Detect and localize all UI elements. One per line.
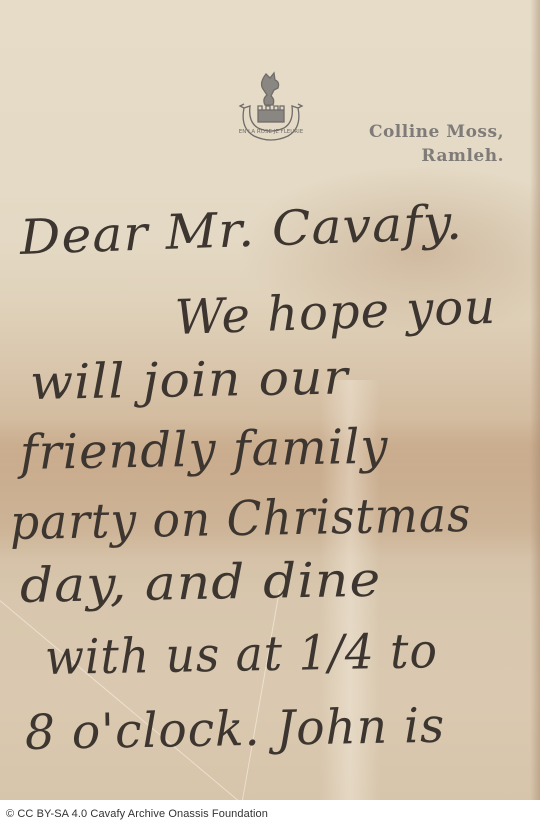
body-line: 8 o'clock. John is <box>25 698 446 761</box>
body-line: friendly family <box>20 419 389 481</box>
document-viewer: EN LA ROSE JE FLEURIE Colline Moss, Raml… <box>0 0 540 828</box>
salutation: Dear Mr. Cavafy. <box>19 195 464 266</box>
attribution-footer: © CC BY-SA 4.0 Cavafy Archive Onassis Fo… <box>0 800 540 828</box>
body-line: party on Christmas <box>10 487 472 551</box>
letter-body: Dear Mr. Cavafy. We hope you will join o… <box>0 0 540 800</box>
body-line: We hope you <box>174 279 497 346</box>
body-line: will join our <box>30 349 350 411</box>
letter-scan: EN LA ROSE JE FLEURIE Colline Moss, Raml… <box>0 0 540 800</box>
body-line: day, and dine <box>20 552 382 614</box>
body-line: with us at 1/4 to <box>45 623 439 686</box>
copyright-license-text: © CC BY-SA 4.0 Cavafy Archive Onassis Fo… <box>6 808 268 820</box>
